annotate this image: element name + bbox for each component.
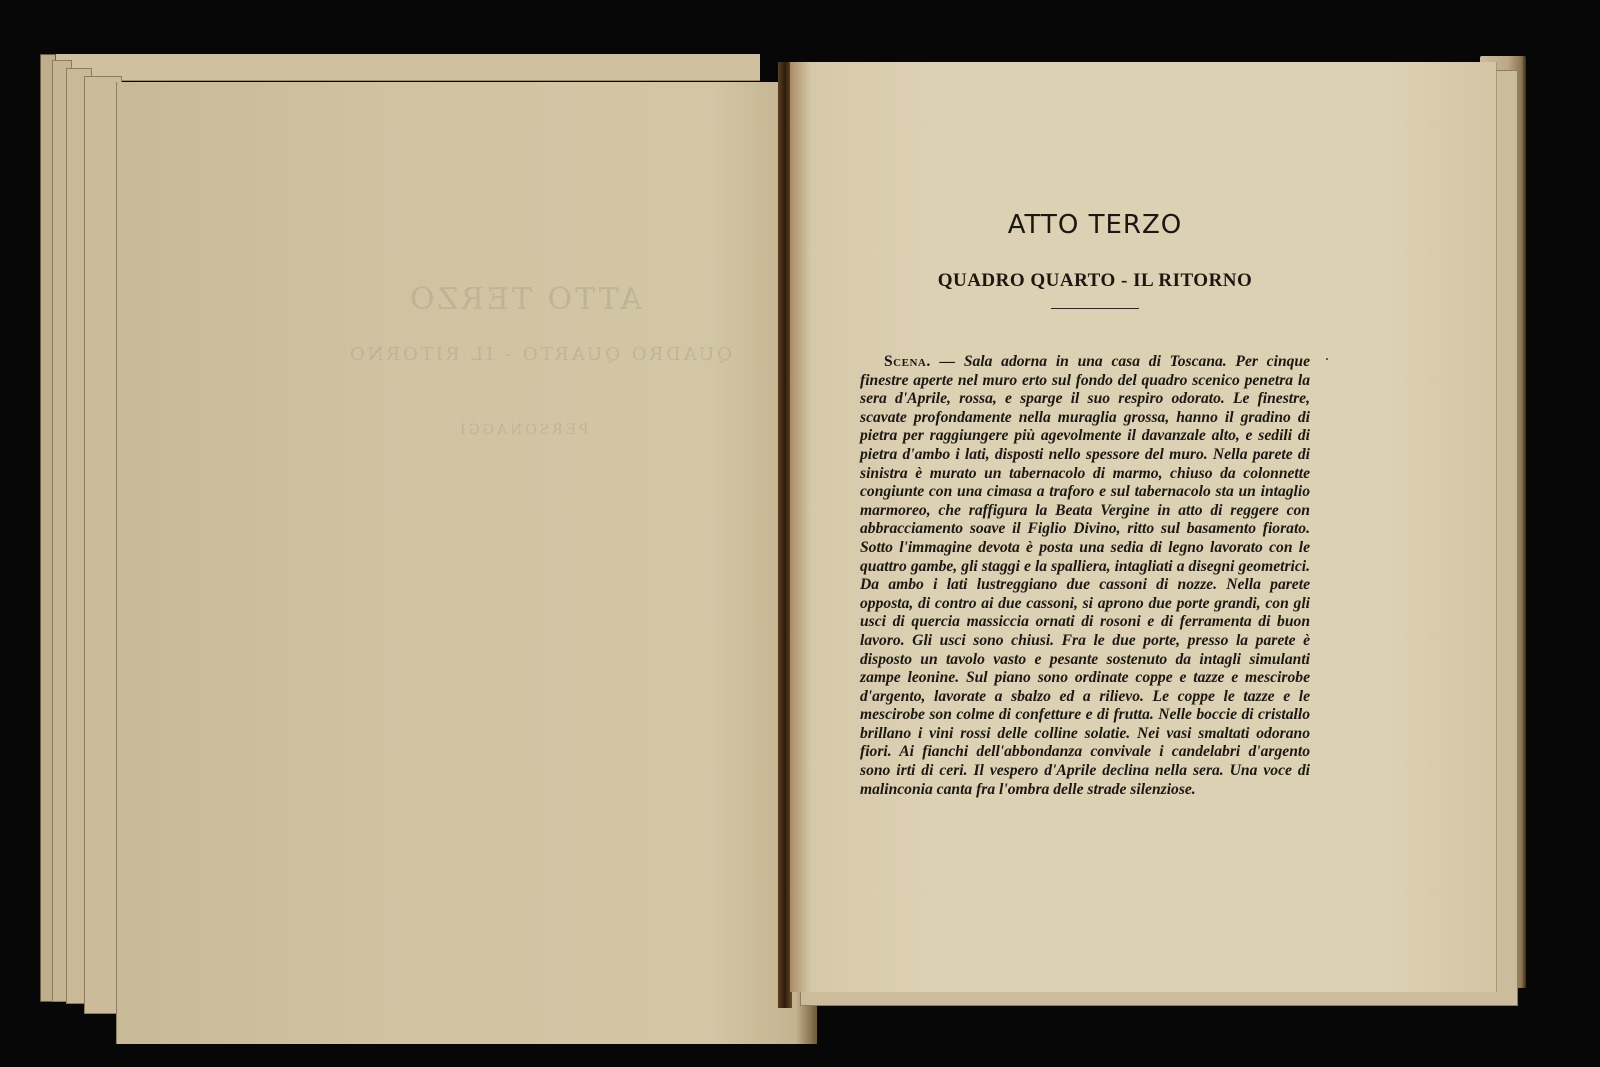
scene-dash: — [931,353,964,370]
stage-direction-text: Sala adorna in una casa di Toscana. Per … [860,353,1310,798]
left-page-stack: ATTO TERZO QUADRO QUARTO - IL RITORNO PE… [40,54,760,1014]
title-rule [1051,308,1139,309]
scene-label: Scena. [884,353,931,370]
page-content: ATTO TERZO QUADRO QUARTO - IL RITORNO Sc… [860,210,1310,815]
act-title: ATTO TERZO [860,210,1310,240]
left-page-top-edge [40,54,760,81]
open-book: ATTO TERZO QUADRO QUARTO - IL RITORNO PE… [0,0,1600,1067]
paper-speck [1326,358,1328,360]
right-page: ATTO TERZO QUADRO QUARTO - IL RITORNO Sc… [790,62,1497,992]
show-through-text: QUADRO QUARTO - IL RITORNO [347,344,732,365]
show-through-text: ATTO TERZO [407,282,642,317]
stage-direction: Scena. — Sala adorna in una casa di Tosc… [860,353,1310,799]
left-page: ATTO TERZO QUADRO QUARTO - IL RITORNO PE… [116,82,817,1044]
show-through-text: PERSONAGGI [457,422,589,438]
scene-title: QUADRO QUARTO - IL RITORNO [860,270,1310,292]
